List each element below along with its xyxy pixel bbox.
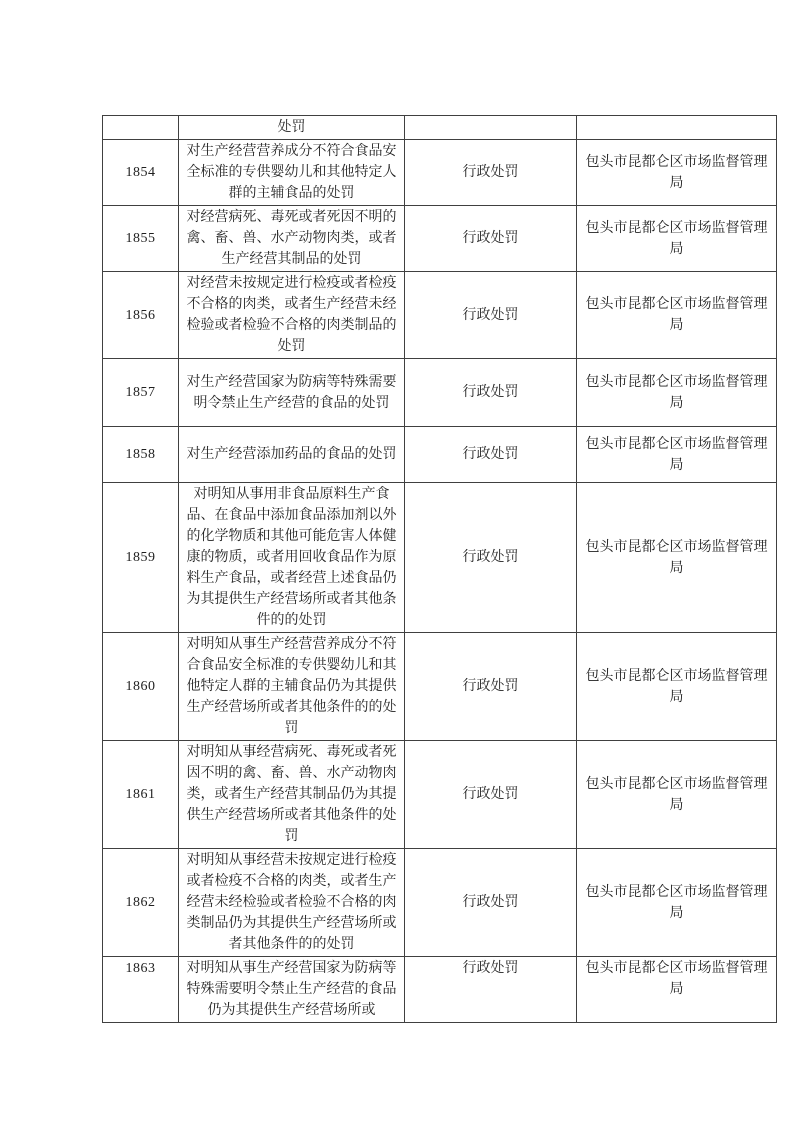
cell-agency: 包头市昆都仑区市场监督管理局	[577, 140, 777, 206]
cell-description: 对明知从事用非食品原料生产食品、在食品中添加食品添加剂以外的化学物质和其他可能危…	[179, 483, 405, 633]
cell-agency: 包头市昆都仑区市场监督管理局	[577, 272, 777, 359]
cell-agency: 包头市昆都仑区市场监督管理局	[577, 957, 777, 1023]
cell-penalty-type: 行政处罚	[405, 741, 577, 849]
cell-agency: 包头市昆都仑区市场监督管理局	[577, 483, 777, 633]
cell-penalty-type: 行政处罚	[405, 272, 577, 359]
cell-description: 处罚	[179, 116, 405, 140]
cell-agency: 包头市昆都仑区市场监督管理局	[577, 359, 777, 427]
cell-penalty-type: 行政处罚	[405, 359, 577, 427]
cell-agency: 包头市昆都仑区市场监督管理局	[577, 427, 777, 483]
cell-agency: 包头市昆都仑区市场监督管理局	[577, 741, 777, 849]
cell-number: 1858	[103, 427, 179, 483]
cell-number: 1856	[103, 272, 179, 359]
cell-number: 1860	[103, 633, 179, 741]
cell-number: 1854	[103, 140, 179, 206]
table-row: 1861 对明知从事经营病死、毒死或者死因不明的禽、畜、兽、水产动物肉类，或者生…	[103, 741, 777, 849]
table-row: 1858 对生产经营添加药品的食品的处罚 行政处罚 包头市昆都仑区市场监督管理局	[103, 427, 777, 483]
cell-penalty-type: 行政处罚	[405, 140, 577, 206]
cell-penalty-type: 行政处罚	[405, 633, 577, 741]
cell-agency: 包头市昆都仑区市场监督管理局	[577, 849, 777, 957]
cell-penalty-type	[405, 116, 577, 140]
table-row: 1854 对生产经营营养成分不符合食品安全标准的专供婴幼儿和其他特定人群的主辅食…	[103, 140, 777, 206]
table-row-cutoff: 1863 对明知从事生产经营国家为防病等特殊需要明令禁止生产经营的食品仍为其提供…	[103, 957, 777, 1023]
table-row: 1855 对经营病死、毒死或者死因不明的禽、畜、兽、水产动物肉类，或者生产经营其…	[103, 206, 777, 272]
cell-description: 对生产经营添加药品的食品的处罚	[179, 427, 405, 483]
table-row: 1857 对生产经营国家为防病等特殊需要明令禁止生产经营的食品的处罚 行政处罚 …	[103, 359, 777, 427]
cell-penalty-type: 行政处罚	[405, 483, 577, 633]
table-row: 1860 对明知从事生产经营营养成分不符合食品安全标准的专供婴幼儿和其他特定人群…	[103, 633, 777, 741]
cell-description: 对生产经营营养成分不符合食品安全标准的专供婴幼儿和其他特定人群的主辅食品的处罚	[179, 140, 405, 206]
table-row: 1862 对明知从事经营未按规定进行检疫或者检疫不合格的肉类，或者生产经营未经检…	[103, 849, 777, 957]
cell-number: 1862	[103, 849, 179, 957]
cell-agency: 包头市昆都仑区市场监督管理局	[577, 633, 777, 741]
cell-penalty-type: 行政处罚	[405, 427, 577, 483]
cell-number: 1855	[103, 206, 179, 272]
cell-agency: 包头市昆都仑区市场监督管理局	[577, 206, 777, 272]
cell-description: 对经营病死、毒死或者死因不明的禽、畜、兽、水产动物肉类，或者生产经营其制品的处罚	[179, 206, 405, 272]
table-row-continuation: 处罚	[103, 116, 777, 140]
cell-penalty-type: 行政处罚	[405, 849, 577, 957]
cell-number	[103, 116, 179, 140]
cell-description: 对明知从事经营病死、毒死或者死因不明的禽、畜、兽、水产动物肉类，或者生产经营其制…	[179, 741, 405, 849]
cell-number: 1859	[103, 483, 179, 633]
cell-penalty-type: 行政处罚	[405, 206, 577, 272]
document-page: 处罚 1854 对生产经营营养成分不符合食品安全标准的专供婴幼儿和其他特定人群的…	[0, 0, 793, 1122]
table-row: 1859 对明知从事用非食品原料生产食品、在食品中添加食品添加剂以外的化学物质和…	[103, 483, 777, 633]
cell-description: 对明知从事经营未按规定进行检疫或者检疫不合格的肉类，或者生产经营未经检验或者检验…	[179, 849, 405, 957]
cell-number: 1861	[103, 741, 179, 849]
penalty-table: 处罚 1854 对生产经营营养成分不符合食品安全标准的专供婴幼儿和其他特定人群的…	[102, 115, 777, 1023]
cell-penalty-type: 行政处罚	[405, 957, 577, 1023]
cell-description: 对明知从事生产经营国家为防病等特殊需要明令禁止生产经营的食品仍为其提供生产经营场…	[179, 957, 405, 1023]
cell-description: 对明知从事生产经营营养成分不符合食品安全标准的专供婴幼儿和其他特定人群的主辅食品…	[179, 633, 405, 741]
cell-description: 对生产经营国家为防病等特殊需要明令禁止生产经营的食品的处罚	[179, 359, 405, 427]
cell-number: 1857	[103, 359, 179, 427]
cell-description: 对经营未按规定进行检疫或者检疫不合格的肉类，或者生产经营未经检验或者检验不合格的…	[179, 272, 405, 359]
cell-agency	[577, 116, 777, 140]
table-row: 1856 对经营未按规定进行检疫或者检疫不合格的肉类，或者生产经营未经检验或者检…	[103, 272, 777, 359]
cell-number: 1863	[103, 957, 179, 1023]
